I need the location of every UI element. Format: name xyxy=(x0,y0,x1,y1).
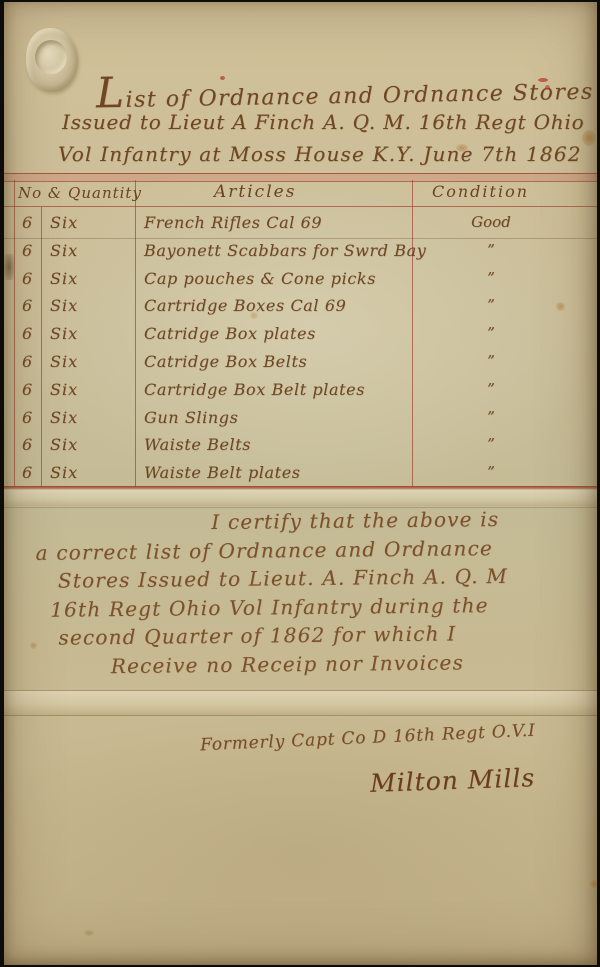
title-line-3: Vol Infantry at Moss House K.Y. June 7th… xyxy=(58,142,582,166)
table-row: 6SixCap pouches & Cone picks” xyxy=(4,265,597,293)
table-cell-quantity: Six xyxy=(50,431,78,459)
table-cell-article: Cartridge Box Belt plates xyxy=(144,376,365,404)
rust-stain xyxy=(84,930,94,936)
table-cell-article: Cartridge Boxes Cal 69 xyxy=(144,292,346,320)
table-cell-article: Gun Slings xyxy=(144,404,238,432)
table-row: 6SixCatridge Box Belts” xyxy=(4,348,597,376)
table-cell-article: Catridge Box plates xyxy=(144,320,316,348)
table-cell-no: 6 xyxy=(22,209,32,237)
table-cell-quantity: Six xyxy=(50,265,78,293)
certification-paragraph: I certify that the above is a correct li… xyxy=(35,504,582,681)
table-cell-article: Cap pouches & Cone picks xyxy=(144,265,376,293)
table-rule-header-bottom xyxy=(4,206,597,207)
table-cell-condition: ” xyxy=(416,265,566,293)
table-cell-condition: ” xyxy=(416,292,566,320)
table-row: 6SixCartridge Boxes Cal 69” xyxy=(4,292,597,320)
table-cell-no: 6 xyxy=(22,237,32,265)
table-cell-quantity: Six xyxy=(50,376,78,404)
scanned-document: List of Ordnance and Ordnance Stores Iss… xyxy=(0,0,600,967)
ordnance-table-rows: 6SixFrench Rifles Cal 69Good6SixBayonett… xyxy=(4,209,597,487)
fold-crease xyxy=(4,490,597,506)
certification-line-1: I certify that the above is xyxy=(211,504,580,536)
table-rule-top-band xyxy=(4,173,597,182)
table-cell-no: 6 xyxy=(22,292,32,320)
title-line-2: Issued to Lieut A Finch A. Q. M. 16th Re… xyxy=(62,110,585,134)
certification-line-6: Receive no Receip nor Invoices xyxy=(111,647,582,680)
formerly-rank-line: Formerly Capt Co D 16th Regt O.V.I xyxy=(200,721,536,756)
table-cell-condition: ” xyxy=(416,459,566,487)
table-header-condition: Condition xyxy=(432,182,529,201)
table-cell-quantity: Six xyxy=(50,459,78,487)
table-cell-article: French Rifles Cal 69 xyxy=(144,209,322,237)
fold-crease xyxy=(4,715,597,716)
table-cell-quantity: Six xyxy=(50,292,78,320)
table-cell-no: 6 xyxy=(22,404,32,432)
table-cell-no: 6 xyxy=(22,376,32,404)
table-header-articles: Articles xyxy=(214,182,296,202)
table-cell-no: 6 xyxy=(22,459,32,487)
table-cell-no: 6 xyxy=(22,265,32,293)
table-row: 6SixCartridge Box Belt plates” xyxy=(4,376,597,404)
title-line-1: List of Ordnance and Ordnance Stores xyxy=(96,60,594,118)
table-cell-condition: ” xyxy=(416,348,566,376)
table-cell-condition: ” xyxy=(416,404,566,432)
table-cell-condition: ” xyxy=(416,320,566,348)
table-header-no-quantity: No & Quantity xyxy=(18,184,142,202)
table-row: 6SixWaiste Belt plates” xyxy=(4,459,597,487)
table-cell-quantity: Six xyxy=(50,404,78,432)
table-cell-no: 6 xyxy=(22,431,32,459)
table-row: 6SixFrench Rifles Cal 69Good xyxy=(4,209,597,237)
table-row: 6SixGun Slings” xyxy=(4,404,597,432)
paper-sheet: List of Ordnance and Ordnance Stores Iss… xyxy=(4,2,597,965)
table-cell-quantity: Six xyxy=(50,348,78,376)
table-cell-condition: ” xyxy=(416,376,566,404)
table-cell-quantity: Six xyxy=(50,209,78,237)
table-row: 6SixCatridge Box plates” xyxy=(4,320,597,348)
signature: Milton Mills xyxy=(370,763,536,798)
table-cell-article: Bayonett Scabbars for Swrd Bay xyxy=(144,237,426,265)
table-cell-condition: ” xyxy=(416,431,566,459)
table-cell-article: Waiste Belt plates xyxy=(144,459,301,487)
table-row: 6SixWaiste Belts” xyxy=(4,431,597,459)
table-cell-article: Waiste Belts xyxy=(144,431,251,459)
table-cell-quantity: Six xyxy=(50,237,78,265)
table-cell-condition: Good xyxy=(416,209,566,237)
table-cell-quantity: Six xyxy=(50,320,78,348)
fold-crease xyxy=(4,691,597,715)
table-cell-no: 6 xyxy=(22,320,32,348)
embossed-seal-icon xyxy=(26,28,78,92)
table-cell-no: 6 xyxy=(22,348,32,376)
fold-crease xyxy=(4,690,597,691)
rust-stain xyxy=(590,880,597,888)
table-cell-article: Catridge Box Belts xyxy=(144,348,307,376)
table-cell-condition: ” xyxy=(416,237,566,265)
table-row: 6SixBayonett Scabbars for Swrd Bay” xyxy=(4,237,597,265)
